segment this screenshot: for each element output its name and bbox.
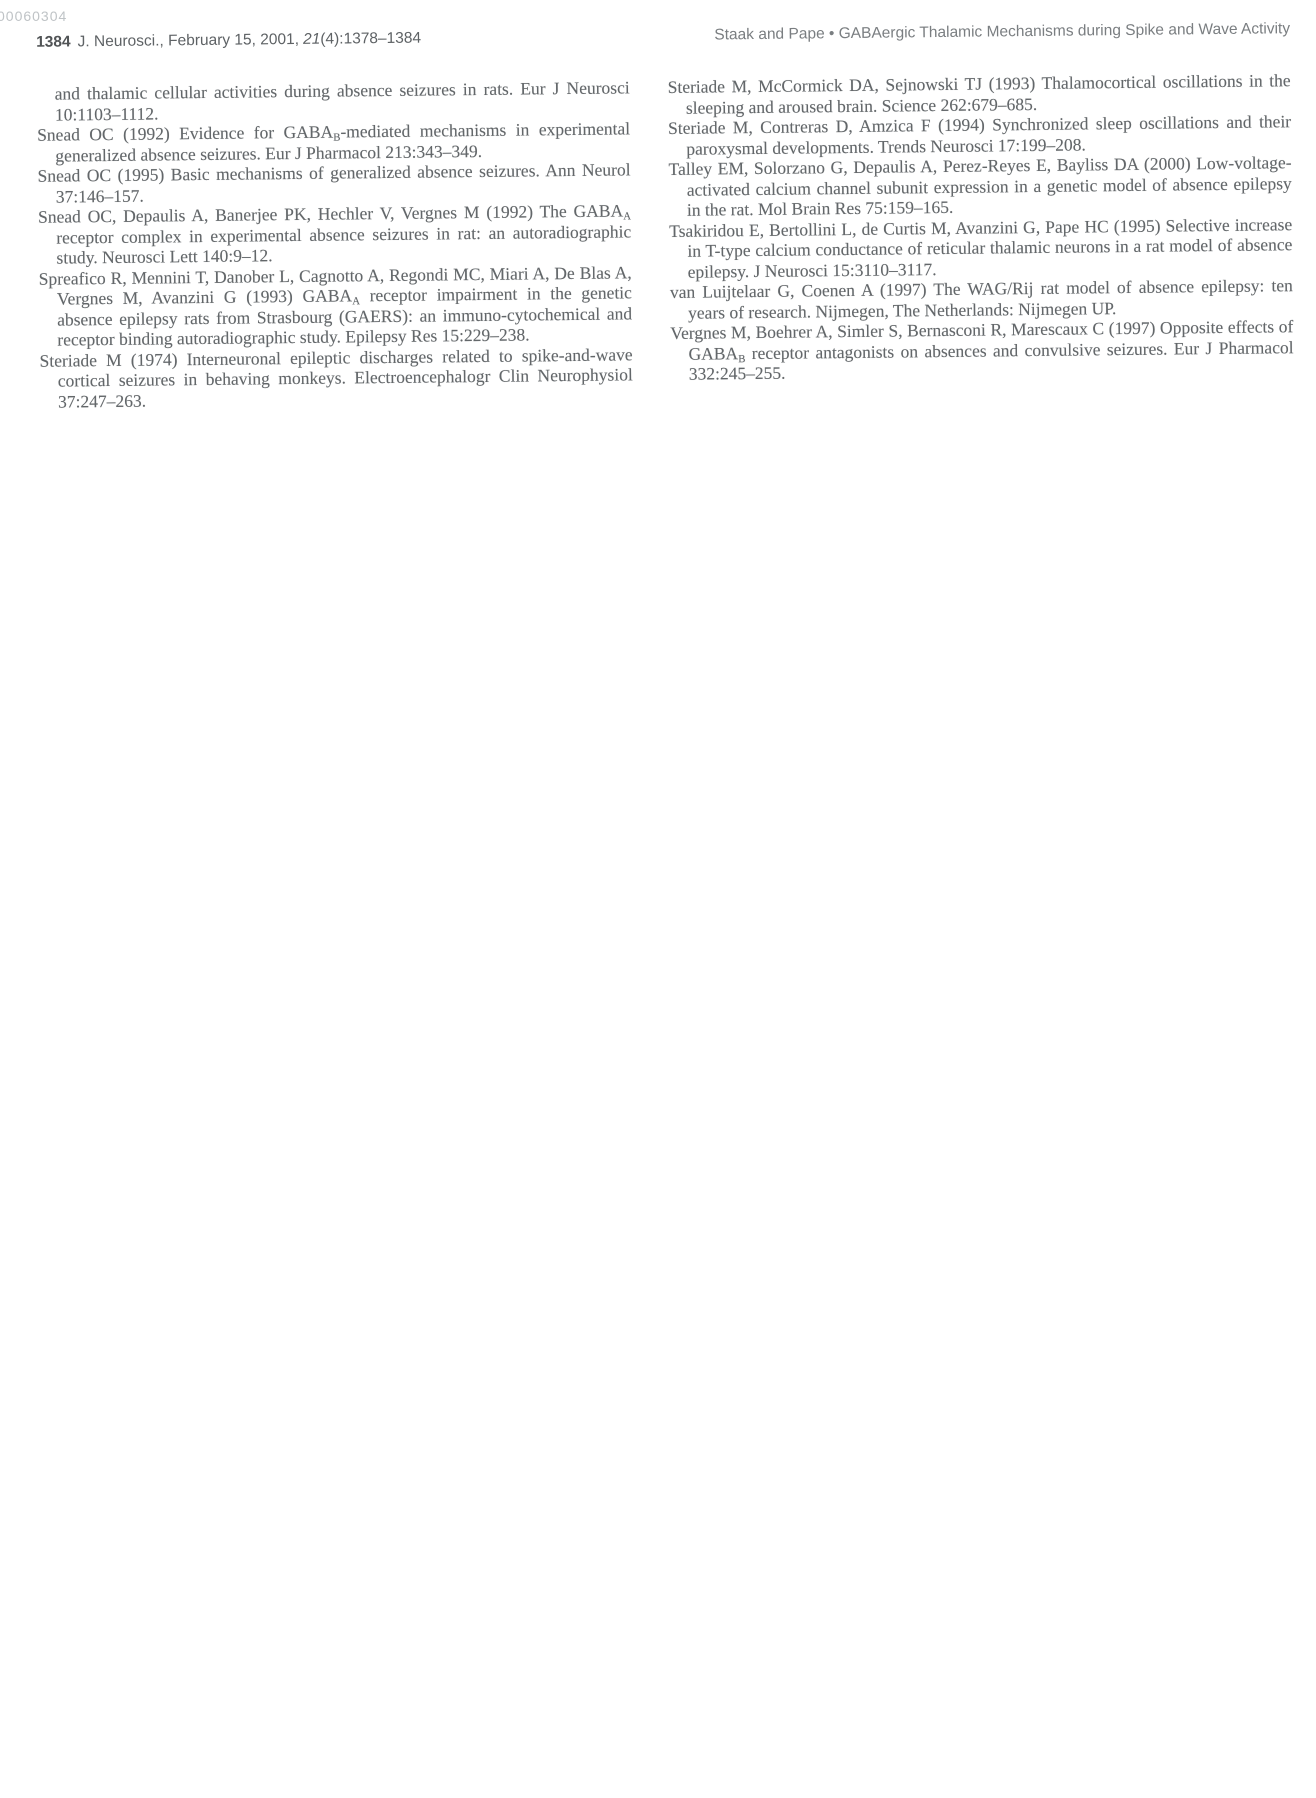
journal-name-date: J. Neurosci., February 15, 2001, [78, 31, 300, 50]
reference-item: Spreafico R, Mennini T, Danober L, Cagno… [39, 262, 633, 350]
reference-item: Snead OC (1992) Evidence for GABAB-media… [37, 118, 630, 165]
reference-item: Snead OC (1995) Basic mechanisms of gene… [37, 159, 630, 206]
volume-number: 21 [303, 31, 320, 48]
references-column-right: Steriade M, McCormick DA, Sejnowski TJ (… [668, 70, 1295, 405]
reference-item: Steriade M (1974) Interneuronal epilepti… [39, 344, 633, 412]
scanned-page-content: 1384J. Neurosci., February 15, 2001,21(4… [36, 19, 1294, 412]
references-column-left: and thalamic cellular activities during … [37, 77, 634, 411]
reference-item: Vergnes M, Boehrer A, Simler S, Bernasco… [670, 316, 1294, 384]
page-header: 1384J. Neurosci., February 15, 2001,21(4… [36, 19, 1290, 53]
scan-artifact-number: 00060304 [0, 8, 67, 24]
reference-item: van Luijtelaar G, Coenen A (1997) The WA… [670, 275, 1293, 323]
running-title: Staak and Pape • GABAergic Thalamic Mech… [714, 19, 1290, 45]
reference-item: Tsakiridou E, Bertollini L, de Curtis M,… [669, 214, 1293, 282]
reference-item: Steriade M, Contreras D, Amzica F (1994)… [668, 111, 1291, 159]
references-columns: and thalamic cellular activities during … [37, 70, 1294, 412]
journal-citation: 1384J. Neurosci., February 15, 2001,21(4… [36, 29, 421, 53]
reference-item: Talley EM, Solorzano G, Depaulis A, Pere… [668, 152, 1292, 220]
reference-item: Snead OC, Depaulis A, Banerjee PK, Hechl… [38, 200, 632, 268]
reference-item: and thalamic cellular activities during … [37, 77, 630, 124]
journal-page: 00060304 1384J. Neurosci., February 15, … [0, 0, 1316, 1798]
subscript-text: A [352, 295, 360, 307]
subscript-text: B [738, 353, 745, 365]
subscript-text: A [623, 210, 631, 222]
subscript-text: B [333, 132, 340, 144]
issue-pages: (4):1378–1384 [320, 30, 421, 48]
page-number: 1384 [36, 33, 71, 50]
reference-item: Steriade M, McCormick DA, Sejnowski TJ (… [668, 70, 1291, 118]
